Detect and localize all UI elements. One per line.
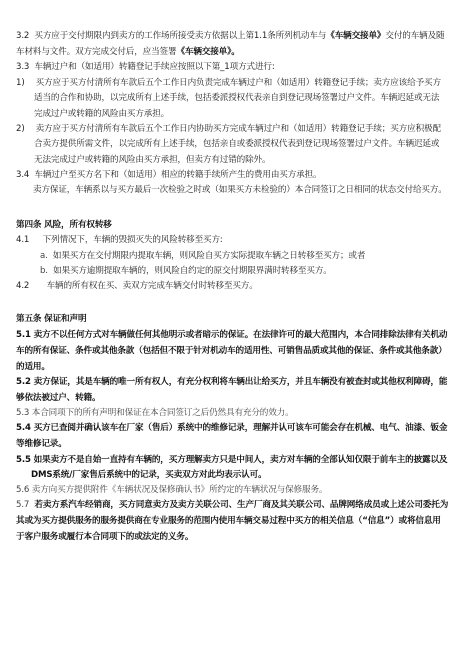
clause-number: 3.3 xyxy=(16,62,29,72)
item-text: 买方应于买方付清所有车款后五个工作日内负责完成车辆过户和（如适用）转籍登记手续；… xyxy=(36,78,441,88)
clause-5-7-line-3: 于客户服务或履行本合同项下的或法定的义务。 xyxy=(16,531,193,543)
clause-text: 买方应于交付期限内到卖方的工作场所接受卖方依据以上第1.1条所列机动车与 xyxy=(34,31,326,41)
clause-4-1: 4.1 下列情况下，车辆的毁损灭失的风险转移至买方: xyxy=(16,234,223,246)
clause-number: 4.2 xyxy=(16,280,44,292)
clause-5-2-line-2: 够依法被过户、转籍。 xyxy=(16,392,100,404)
clause-5-7-line-1: 5.7 若卖方系汽车经销商，买方同意卖方及卖方关联公司、生产厂商及其关联公司、品… xyxy=(16,499,448,511)
clause-3-3-item-2-line-3: 无法完成过户或转籍的风险由买方承担，但卖方有过错的除外。 xyxy=(34,154,270,166)
clause-number: 4.1 xyxy=(16,234,40,246)
clause-number: 3.4 xyxy=(16,170,29,180)
clause-5-7-line-2: 其或为买方提供服务的服务提供商在专业服务的范围内使用车辆交易过程中买方的相关信息… xyxy=(16,515,441,527)
clause-5-1-line-1: 5.1 卖方不以任何方式对车辆做任何其他明示或者暗示的保证。在法律许可的最大范围… xyxy=(16,329,447,341)
clause-text: 车辆的所有权在买、卖双方完成车辆交付时转移至买方。 xyxy=(47,281,258,291)
clause-3-3-item-2-line-2: 合卖方提供所需文件，以完成所有上述手续，包括亲自或委派授权代表到登记现场签署过户… xyxy=(34,138,439,150)
clause-5-4-line-1: 5.4 买方已查阅并确认该车在厂家（售后）系统中的维修记录，理解并认可该车可能会… xyxy=(16,422,447,434)
form-name-bold: 《车辆交接单》。 xyxy=(176,47,239,57)
clause-3-4-note: 卖方保证，车辆系以与买方最后一次检验之时或（如果买方未检验的）本合同签订之日相同… xyxy=(33,184,447,196)
item-number: 1) xyxy=(16,77,33,89)
item-letter: b. xyxy=(40,266,48,276)
clause-3-3-item-1-line-2: 适当的合作和协助，以完成所有上述手续，包括委派授权代表亲自到登记现场签署过户文件… xyxy=(34,92,439,104)
clause-number: 5.7 xyxy=(16,500,29,510)
clause-5-2-line-1: 5.2 卖方保证，其是车辆的唯一所有权人，有充分权利将车辆出让给买方，并且车辆没… xyxy=(16,376,447,388)
clause-4-1-item-a: a. 如果买方在交付期限内提取车辆，则风险自买方实际提取车辆之日转移至买方；或者 xyxy=(40,250,365,262)
clause-5-6: 5.6 卖方向买方提供附件《车辆状况及保修确认书》所约定的车辆状况与保修服务。 xyxy=(16,484,327,496)
clause-text: 若卖方系汽车经销商，买方同意卖方及卖方关联公司、生产厂商及其关联公司、品牌网络成… xyxy=(34,500,448,510)
item-text: 如果买方逾期提取车辆的，则风险自约定的原交付期限界满时转移至买方。 xyxy=(53,266,332,276)
clause-5-1-line-3: 的适用。 xyxy=(16,361,50,373)
clause-number: 3.2 xyxy=(16,31,29,41)
clause-text: 交付的车辆及随 xyxy=(385,31,444,41)
item-letter: a. xyxy=(40,251,48,261)
clause-4-1-item-b: b. 如果买方逾期提取车辆的，则风险自约定的原交付期限界满时转移至买方。 xyxy=(40,265,332,277)
item-text: 如果买方在交付期限内提取车辆，则风险自买方实际提取车辆之日转移至买方；或者 xyxy=(53,251,365,261)
clause-3-3-item-1-line-3: 完成过户或转籍的风险由买方承担。 xyxy=(34,108,169,120)
clause-3-4: 3.4 车辆过户至买方名下和（如适用）相应的转籍手续所产生的费用由买方承担。 xyxy=(16,169,321,181)
section-5-heading: 第五条 保证和声明 xyxy=(16,313,86,325)
clause-3-3-item-2-line-1: 2) 卖方应于买方付清所有车款后五个工作日内协助买方完成车辆过户和（如适用）转籍… xyxy=(16,123,441,135)
clause-text: 车材料与文件。双方完成交付后，应当签署 xyxy=(16,47,176,57)
clause-5-4-line-2: 等维修记录。 xyxy=(16,438,67,450)
clause-3-2-line-2: 车材料与文件。双方完成交付后，应当签署《车辆交接单》。 xyxy=(16,46,240,58)
clause-text: 车辆过户和（如适用）转籍登记手续应按照以下第_1项方式进行: xyxy=(34,62,274,72)
clause-4-2: 4.2 车辆的所有权在买、卖双方完成车辆交付时转移至买方。 xyxy=(16,280,258,292)
clause-5-1-line-2: 车的所有保证、条件或其他条款（包括但不限于针对机动车的适用性、可销售品质或其他的… xyxy=(16,345,447,357)
clause-3-2-line-1: 3.2 买方应于交付期限内到卖方的工作场所接受卖方依据以上第1.1条所列机动车与… xyxy=(16,30,444,42)
clause-5-5-line-2: DMS系统/厂家售后系统中的记录，买卖双方对此均表示认可。 xyxy=(31,469,267,481)
form-name-bold: 《车辆交接单》 xyxy=(326,31,385,41)
clause-5-3: 5.3 本合同项下的所有声明和保证在本合同签订之后仍然具有充分的效力。 xyxy=(16,407,294,419)
clause-text: 下列情况下，车辆的毁损灭失的风险转移至买方: xyxy=(43,235,223,245)
clause-3-3: 3.3 车辆过户和（如适用）转籍登记手续应按照以下第_1项方式进行: xyxy=(16,61,275,73)
clause-3-3-item-1-line-1: 1) 买方应于买方付清所有车款后五个工作日内负责完成车辆过户和（如适用）转籍登记… xyxy=(16,77,441,89)
clause-text: 车辆过户至买方名下和（如适用）相应的转籍手续所产生的费用由买方承担。 xyxy=(34,170,321,180)
item-number: 2) xyxy=(16,123,33,135)
clause-5-5-line-1: 5.5 如果卖方不是自始一直持有车辆的，买方理解卖方只是中间人，卖方对车辆的全部… xyxy=(16,454,447,466)
section-4-heading: 第四条 风险，所有权转移 xyxy=(16,219,112,231)
item-text: 卖方应于买方付清所有车款后五个工作日内协助买方完成车辆过户和（如适用）转籍登记手… xyxy=(36,124,441,134)
